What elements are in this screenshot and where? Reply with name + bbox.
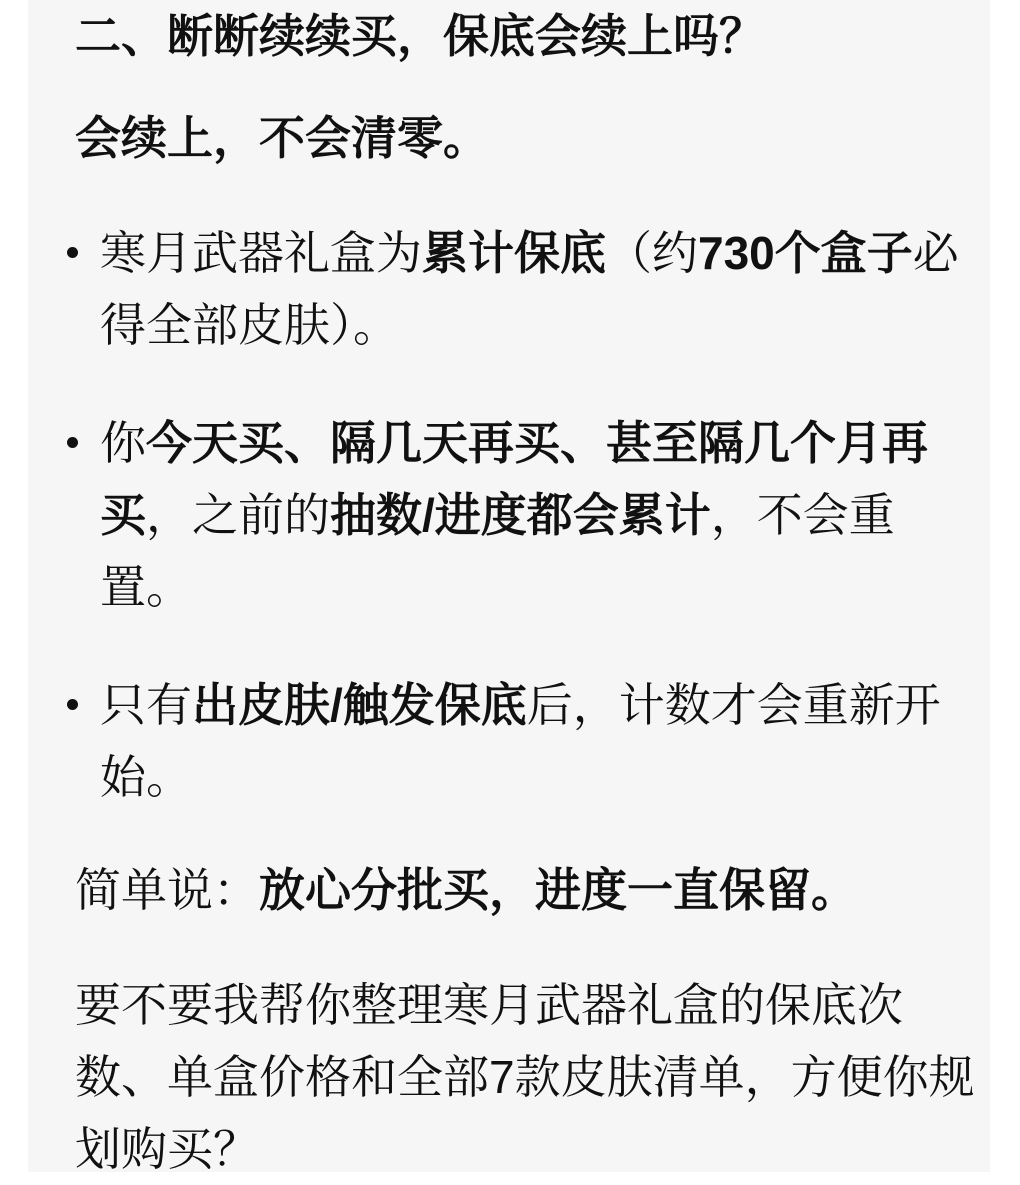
section-heading: 二、断断续续买，保底会续上吗？ <box>75 0 980 72</box>
list-item-progress-accumulates: 你今天买、隔几天再买、甚至隔几个月再 买，之前的抽数/进度都会累计，不会重 置。 <box>75 407 980 623</box>
intro-paragraph: 会续上，不会清零。 <box>75 102 980 174</box>
list-item-counter-resets: 只有出皮肤/触发保底后，计数才会重新开 始。 <box>75 669 980 813</box>
assistant-message-panel: 二、断断续续买，保底会续上吗？ 会续上，不会清零。 寒月武器礼盒为累计保底（约7… <box>28 0 990 1172</box>
list-item-cumulative-pity: 寒月武器礼盒为累计保底（约730个盒子必 得全部皮肤）。 <box>75 217 980 361</box>
follow-up-question: 要不要我帮你整理寒月武器礼盒的保底次 数、单盒价格和全部7款皮肤清单，方便你规 … <box>75 969 980 1185</box>
pity-rules-list: 寒月武器礼盒为累计保底（约730个盒子必 得全部皮肤）。 你今天买、隔几天再买、… <box>75 217 980 813</box>
summary-paragraph: 简单说：放心分批买，进度一直保留。 <box>75 854 980 926</box>
